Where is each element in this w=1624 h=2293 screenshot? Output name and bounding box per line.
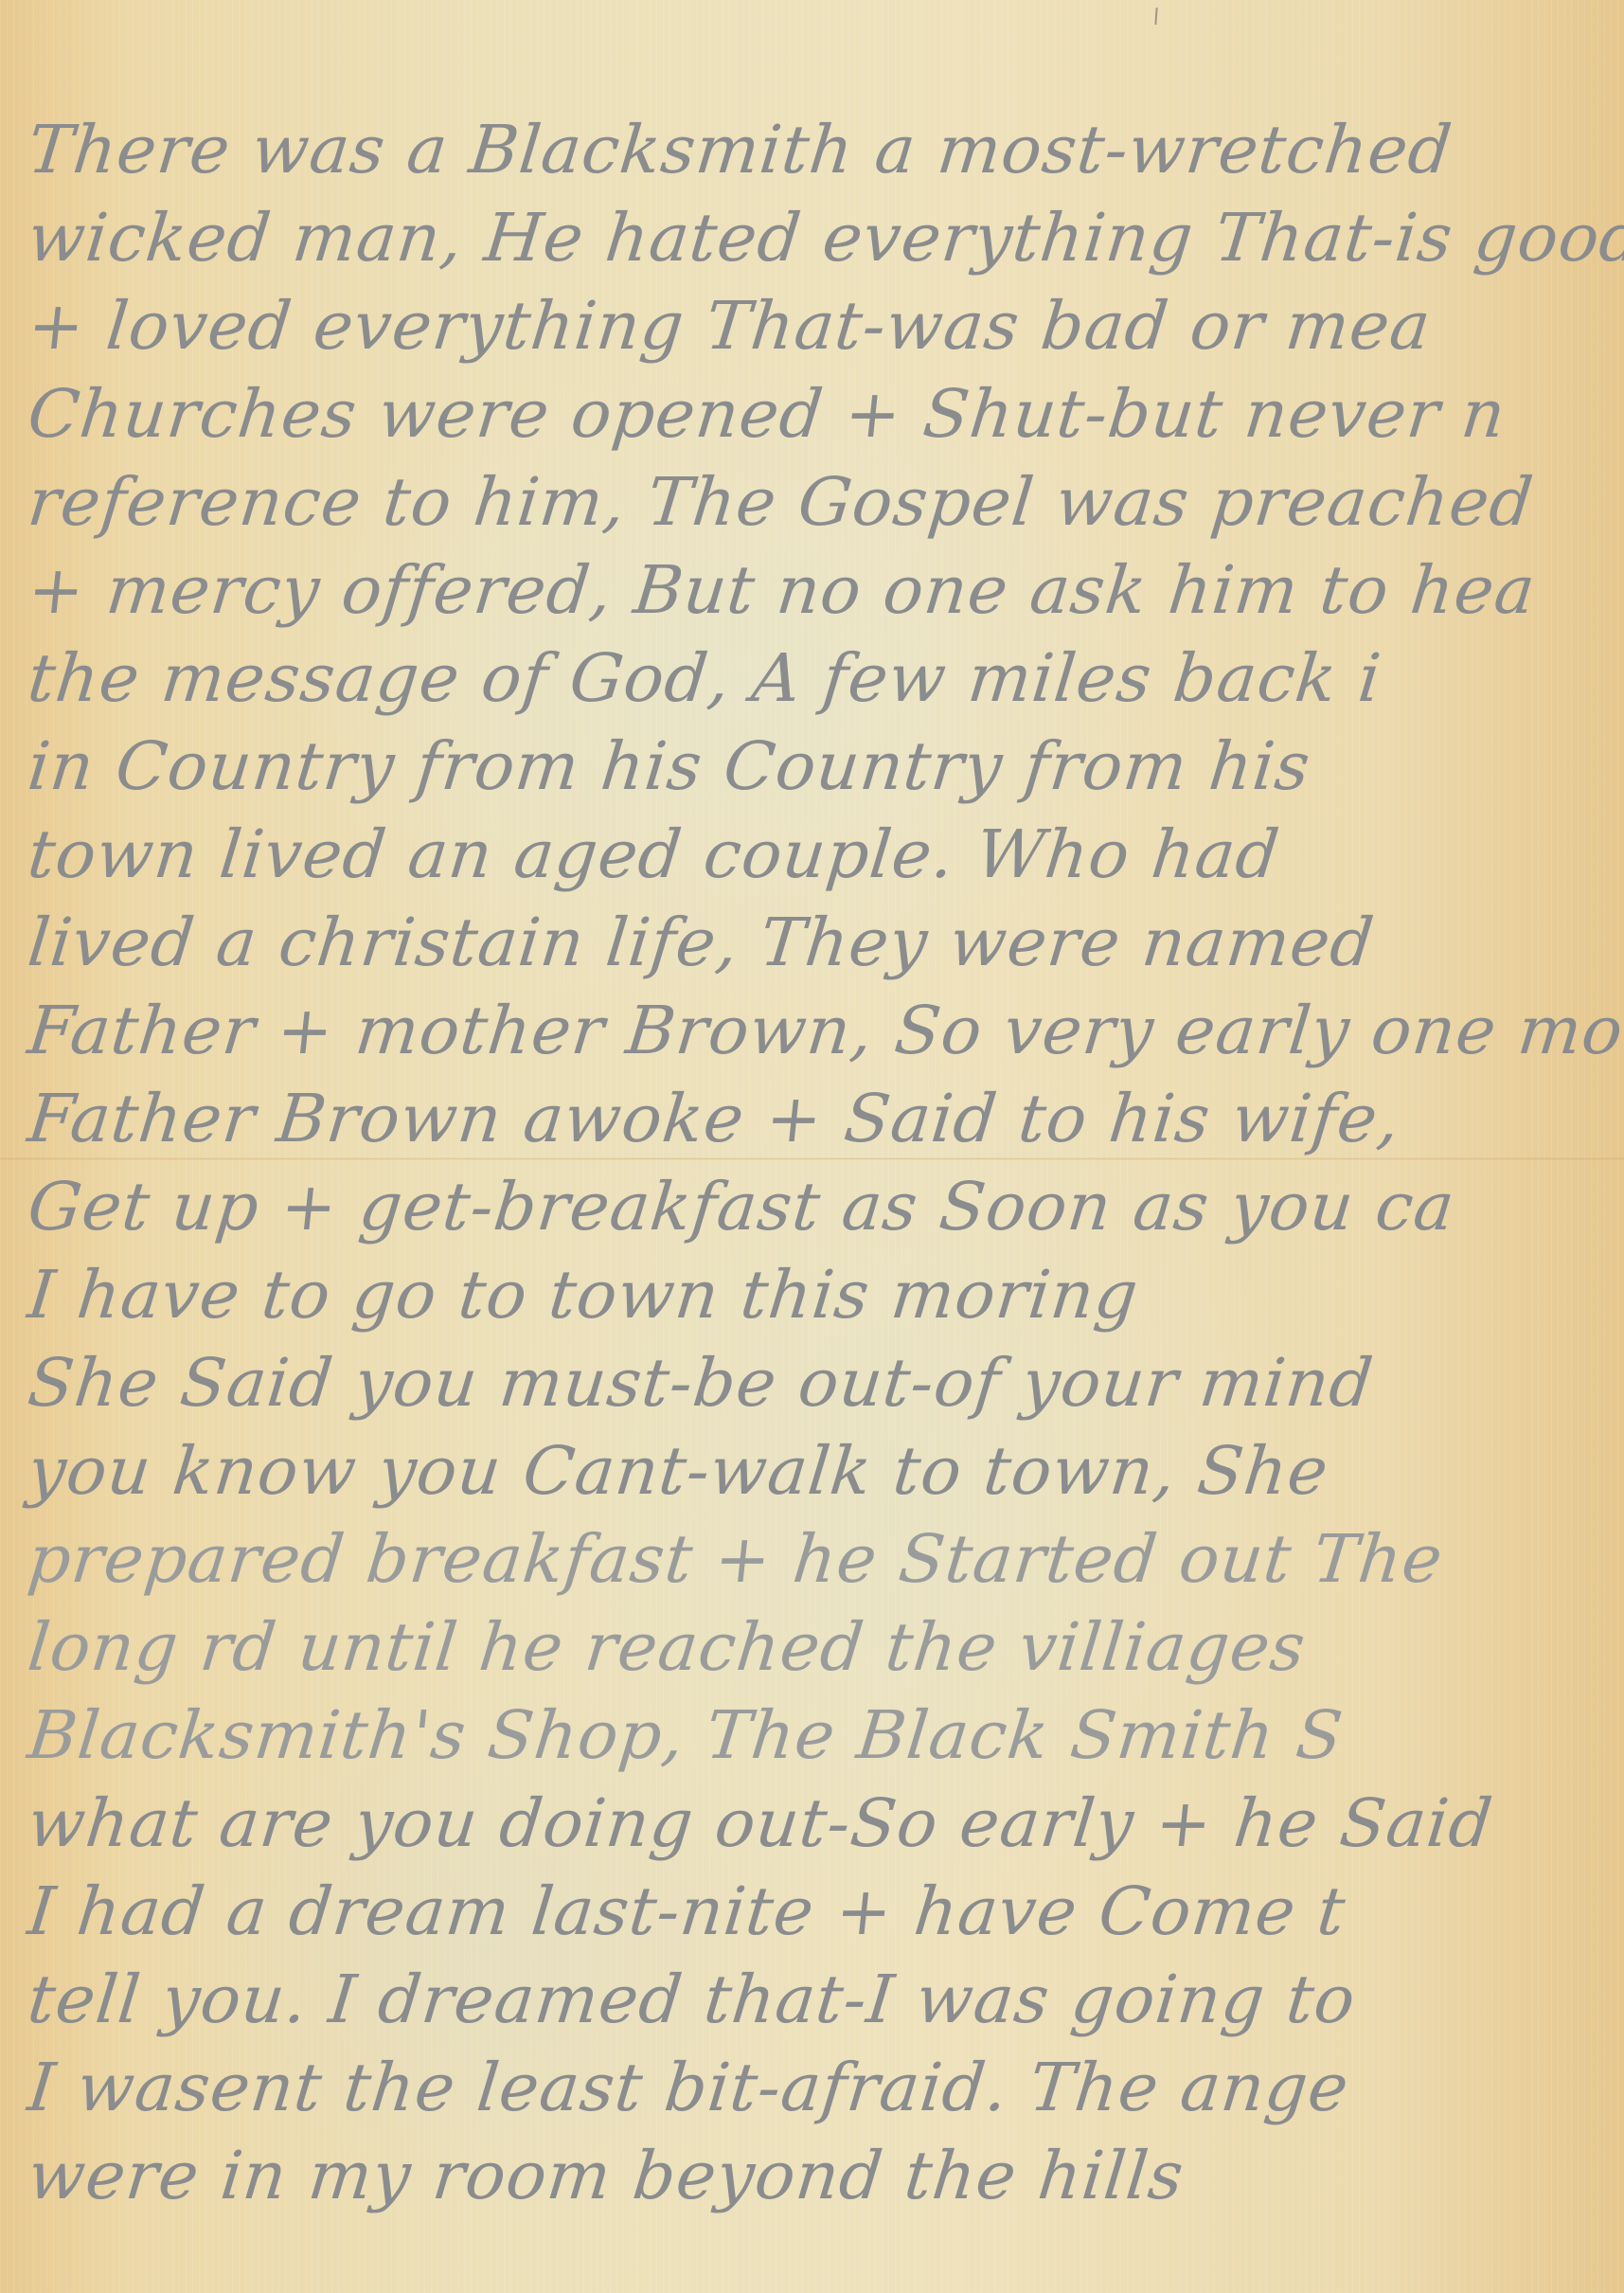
- text-line: in Country from his Country from his: [24, 723, 1624, 811]
- text-line: Father Brown awoke + Said to his wife,: [24, 1075, 1624, 1163]
- text-line: + mercy offered, But no one ask him to h…: [24, 546, 1624, 635]
- text-line: the message of God, A few miles back i: [24, 635, 1624, 723]
- text-line: + loved everything That-was bad or mea: [24, 282, 1624, 370]
- text-line: prepared breakfast + he Started out The: [24, 1515, 1624, 1603]
- text-line: Churches were opened + Shut-but never n: [24, 370, 1624, 458]
- text-line: tell you. I dreamed that-I was going to: [24, 1956, 1624, 2044]
- text-line: long rd until he reached the villiages: [24, 1603, 1624, 1692]
- text-line: town lived an aged couple. Who had: [24, 811, 1624, 899]
- pencil-mark: [1154, 8, 1157, 25]
- text-line: reference to him, The Gospel was preache…: [24, 458, 1624, 546]
- text-line: Get up + get-breakfast as Soon as you ca: [24, 1163, 1624, 1251]
- text-line: what are you doing out-So early + he Sai…: [24, 1780, 1624, 1868]
- text-line: She Said you must-be out-of your mind: [24, 1339, 1624, 1427]
- letter-page: There was a Blacksmith a most-wretched w…: [0, 0, 1624, 2293]
- text-line: were in my room beyond the hills: [24, 2132, 1624, 2220]
- text-line: lived a christain life, They were named: [24, 899, 1624, 987]
- text-line: There was a Blacksmith a most-wretched: [24, 106, 1624, 194]
- text-line: Father + mother Brown, So very early one…: [24, 987, 1624, 1075]
- text-line: I had a dream last-nite + have Come t: [24, 1868, 1624, 1956]
- text-line: I wasent the least bit-afraid. The ange: [24, 2044, 1624, 2132]
- text-line: wicked man, He hated everything That-is …: [24, 194, 1624, 282]
- handwritten-text: There was a Blacksmith a most-wretched w…: [28, 106, 1624, 2220]
- text-line: you know you Cant-walk to town, She: [24, 1427, 1624, 1515]
- text-line: I have to go to town this moring: [24, 1251, 1624, 1339]
- text-line: Blacksmith's Shop, The Black Smith S: [24, 1692, 1624, 1780]
